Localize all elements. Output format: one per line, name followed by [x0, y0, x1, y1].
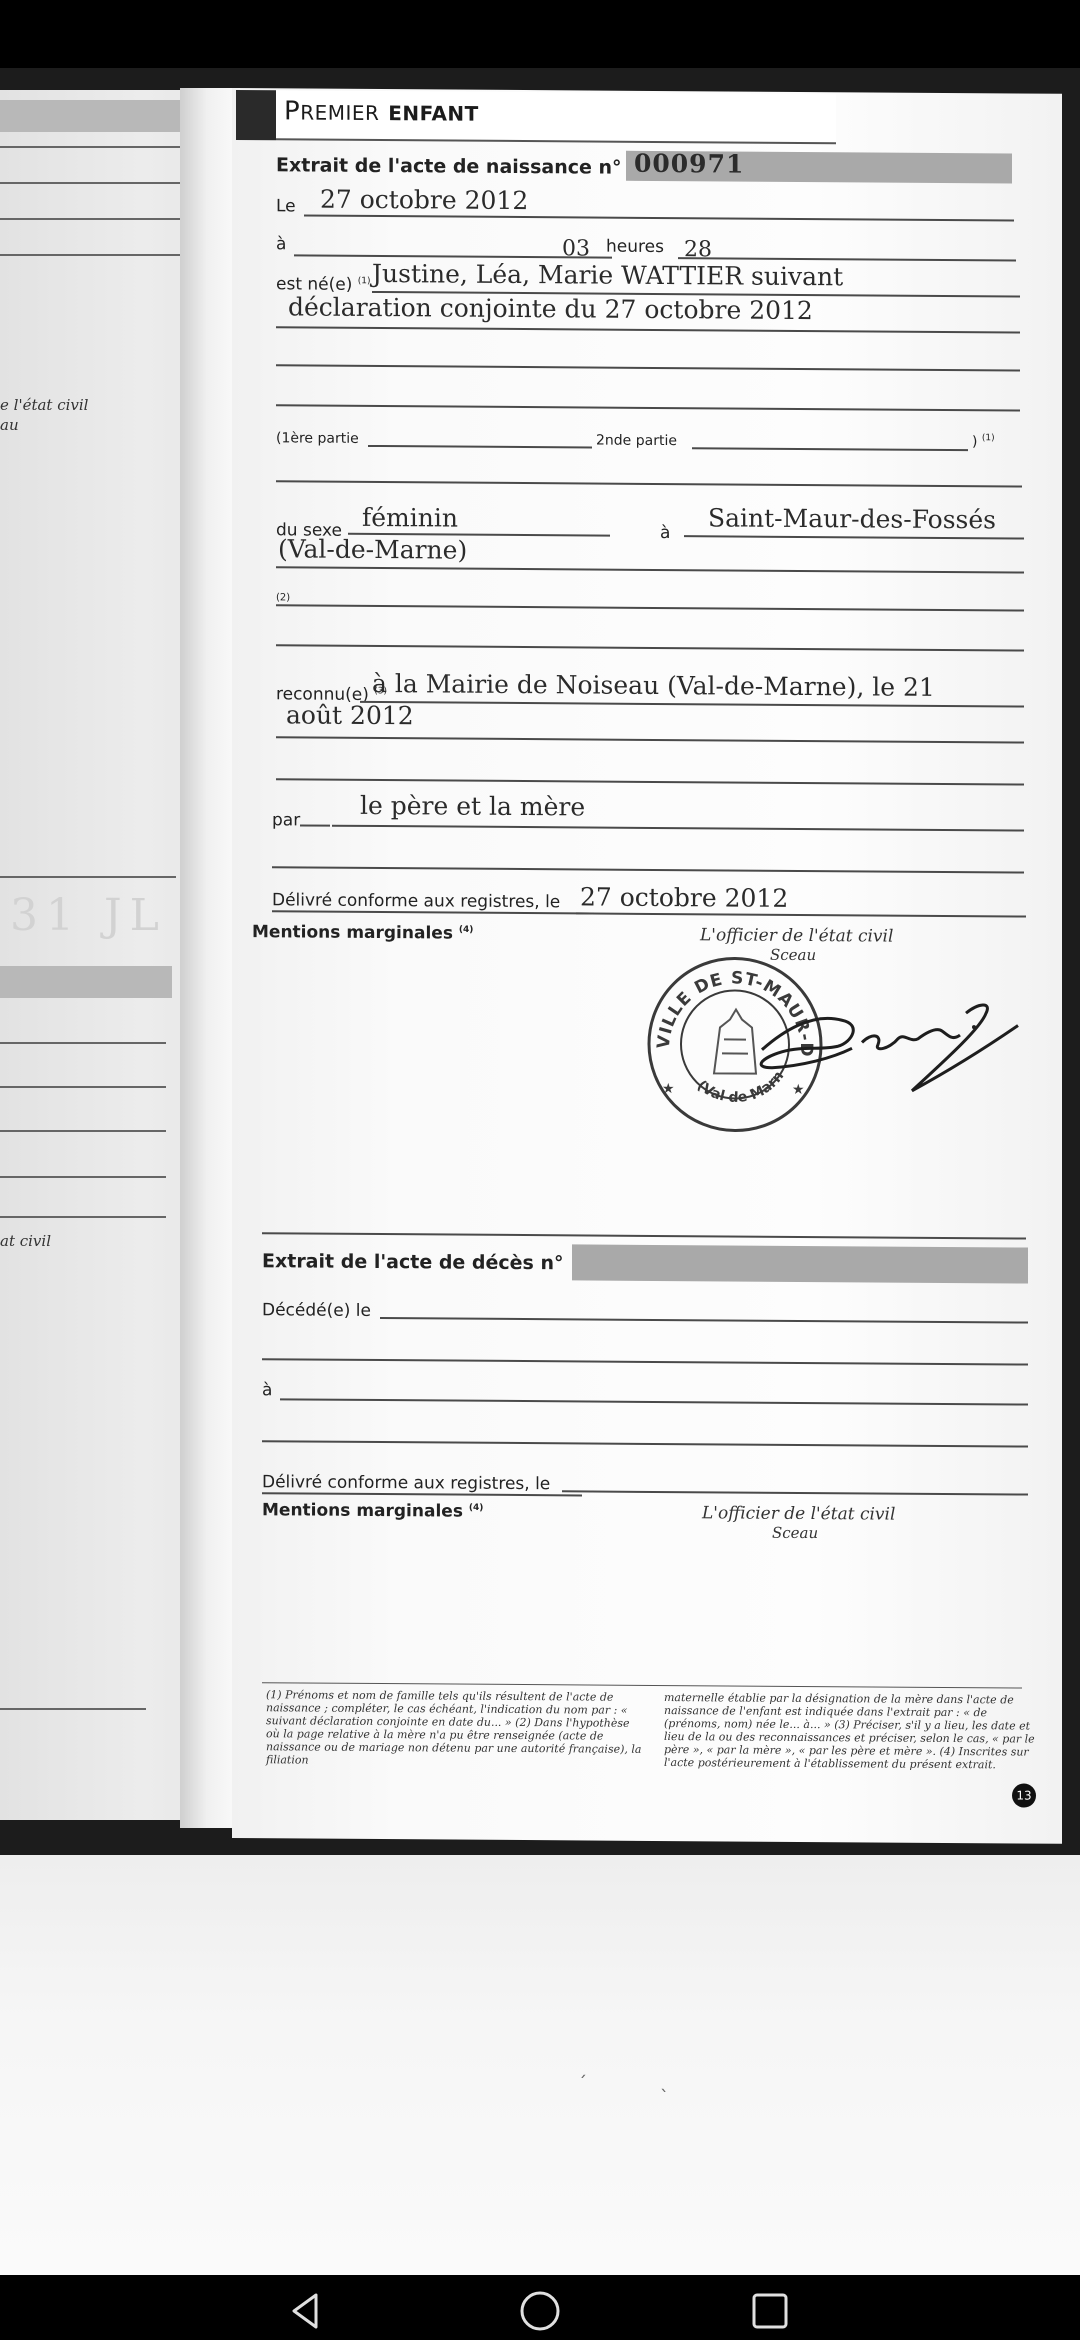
- delivered-line: [576, 912, 1026, 917]
- status-bar: [0, 0, 1080, 70]
- page-number: 13: [1012, 1783, 1036, 1807]
- place-line: [684, 535, 1024, 539]
- paper-mark: ˊ: [578, 2073, 587, 2094]
- delivered-value: 27 octobre 2012: [580, 882, 788, 912]
- left-grey-field: [0, 966, 172, 998]
- born-value-line1: Justine, Léa, Marie WATTIER suivant: [372, 259, 843, 291]
- recognized-line-2: [276, 736, 1024, 743]
- deceased-line-2: [262, 1358, 1028, 1365]
- death-officer-label: L'officier de l'état civil: [702, 1503, 895, 1524]
- svg-text:★: ★: [662, 1081, 675, 1097]
- left-officer-label: e l'état civil: [0, 396, 88, 414]
- back-icon[interactable]: [284, 2289, 328, 2333]
- header-notch: [236, 90, 276, 140]
- death-at-line-2: [262, 1440, 1028, 1447]
- by-line-2: [272, 866, 1024, 873]
- second-part-line: [692, 447, 968, 450]
- hours-value: 03: [562, 236, 590, 261]
- officer-label: L'officier de l'état civil: [700, 925, 893, 946]
- left-seal-label: au: [0, 416, 19, 434]
- note-2-line-2: [276, 644, 1024, 651]
- note-2-label: (2): [276, 592, 290, 603]
- death-at-line: [280, 1398, 1028, 1405]
- document-page: PREMIER ENFANT Extrait de l'acte de nais…: [232, 88, 1062, 1844]
- place-value-line2: (Val-de-Marne): [278, 534, 467, 564]
- death-extract-number-field: [572, 1244, 1028, 1283]
- by-label: par: [272, 810, 300, 830]
- left-line: [0, 254, 196, 256]
- place-line-2: [276, 566, 1024, 573]
- death-seal-label: Sceau: [772, 1524, 818, 1542]
- left-line: [0, 146, 196, 148]
- mentions-label: Mentions marginales (4): [252, 922, 473, 944]
- first-part-label: (1ère partie: [276, 430, 359, 447]
- home-icon[interactable]: [518, 2289, 562, 2333]
- left-line: [0, 1086, 166, 1088]
- born-line-2: [276, 326, 1020, 333]
- officer-signature: [742, 972, 1022, 1114]
- second-part-label: 2nde partie: [596, 433, 677, 450]
- place-label: à: [660, 523, 670, 543]
- death-at-label: à: [262, 1380, 272, 1400]
- deceased-label: Décédé(e) le: [262, 1300, 371, 1321]
- minutes-line: [678, 257, 1016, 261]
- first-part-line: [368, 445, 592, 448]
- left-line: [0, 182, 196, 184]
- note-2-line: [276, 604, 1024, 611]
- left-line: [0, 1042, 166, 1044]
- left-grey-field: [0, 100, 200, 132]
- left-line: [0, 218, 196, 220]
- left-line: [0, 876, 176, 878]
- recognized-value-line1: à la Mairie de Noiseau (Val-de-Marne), l…: [372, 669, 935, 702]
- date-value: 27 octobre 2012: [320, 185, 528, 215]
- death-top-line: [262, 1232, 1026, 1239]
- navigation-bar: [0, 2275, 1080, 2340]
- born-line-4: [276, 404, 1020, 411]
- left-line: [0, 1130, 166, 1132]
- booklet-spine: [180, 88, 240, 1828]
- birth-extract-label: Extrait de l'acte de naissance n°: [276, 154, 622, 178]
- death-delivered-label: Délivré conforme aux registres, le: [262, 1472, 550, 1494]
- delivered-label: Délivré conforme aux registres, le: [272, 890, 560, 912]
- deceased-line: [380, 1317, 1028, 1323]
- death-extract-label: Extrait de l'acte de décès n°: [262, 1250, 564, 1274]
- paper-mark: ˋ: [660, 2087, 669, 2108]
- title-rest: REMIER: [300, 100, 379, 125]
- by-value: le père et la mère: [360, 791, 585, 822]
- born-line-3: [276, 364, 1020, 371]
- born-value-line2: déclaration conjointe du 27 octobre 2012: [288, 292, 813, 325]
- left-ghost-text: 31 JL: [10, 890, 167, 941]
- hours-label: heures: [606, 237, 664, 257]
- birth-extract-number: 000971: [634, 149, 744, 179]
- footnotes: (1) Prénoms et nom de famille tels qu'il…: [232, 1688, 1062, 1814]
- title-bold: ENFANT: [388, 101, 479, 126]
- date-label: Le: [276, 196, 296, 216]
- by-line-pre: [300, 824, 330, 826]
- parts-line-2: [276, 480, 1022, 487]
- recognized-value-line2: août 2012: [286, 700, 414, 730]
- title-initial: P: [284, 96, 300, 126]
- footnote-left: (1) Prénoms et nom de famille tels qu'il…: [266, 1688, 646, 1769]
- death-mentions-label: Mentions marginales (4): [262, 1500, 483, 1522]
- place-value-line1: Saint-Maur-des-Fossés: [708, 503, 996, 534]
- death-delivered-line: [562, 1490, 1028, 1495]
- parts-close: ) (1): [972, 433, 995, 450]
- left-line: [0, 1216, 166, 1218]
- footnote-rule: [262, 1682, 1022, 1688]
- left-line: [0, 1708, 146, 1710]
- recognized-line-3: [276, 778, 1024, 785]
- sex-value: féminin: [362, 503, 458, 533]
- left-line: [0, 1176, 166, 1178]
- footnote-right: maternelle établie par la désignation de…: [664, 1691, 1044, 1772]
- section-title: PREMIER ENFANT: [284, 96, 479, 127]
- date-line: [304, 215, 1014, 221]
- at-label: à: [276, 234, 286, 254]
- by-line: [332, 825, 1024, 831]
- recents-icon[interactable]: [748, 2289, 792, 2333]
- left-officer-label-2: at civil: [0, 1232, 51, 1250]
- desk-paper: ˊ ˋ: [0, 1855, 1080, 2275]
